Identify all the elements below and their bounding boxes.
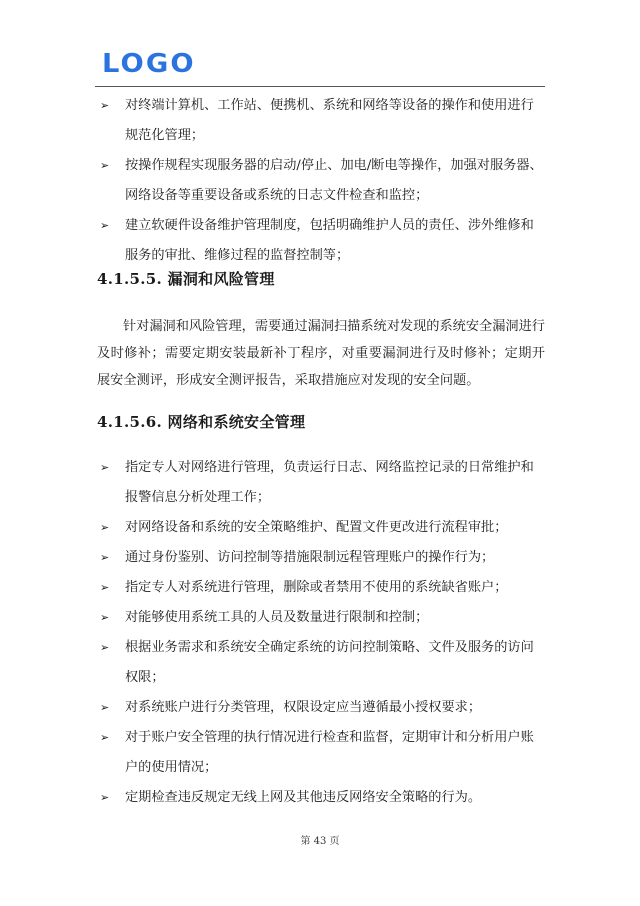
arrow-bullet-icon: ➢ bbox=[100, 633, 114, 663]
list-item: ➢对网络设备和系统的安全策略维护、配置文件更改进行流程审批； bbox=[100, 513, 550, 543]
list-item: ➢指定专人对系统进行管理，删除或者禁用不使用的系统缺省账户； bbox=[100, 573, 550, 603]
list-item: ➢对终端计算机、工作站、便携机、系统和网络等设备的操作和使用进行规范化管理； bbox=[100, 91, 550, 151]
list-item: ➢根据业务需求和系统安全确定系统的访问控制策略、文件及服务的访问权限； bbox=[100, 633, 550, 693]
list-item: ➢指定专人对网络进行管理，负责运行日志、网络监控记录的日常维护和报警信息分析处理… bbox=[100, 453, 550, 513]
logo: LOGO bbox=[102, 50, 196, 78]
arrow-bullet-icon: ➢ bbox=[100, 91, 114, 121]
header-divider bbox=[95, 86, 545, 87]
arrow-bullet-icon: ➢ bbox=[100, 513, 114, 543]
arrow-bullet-icon: ➢ bbox=[100, 603, 114, 633]
arrow-bullet-icon: ➢ bbox=[100, 543, 114, 573]
arrow-bullet-icon: ➢ bbox=[100, 693, 114, 723]
maintenance-list: ➢对终端计算机、工作站、便携机、系统和网络等设备的操作和使用进行规范化管理； ➢… bbox=[100, 91, 550, 271]
arrow-bullet-icon: ➢ bbox=[100, 783, 114, 813]
list-item: ➢对于账户安全管理的执行情况进行检查和监督，定期审计和分析用户账户的使用情况； bbox=[100, 723, 550, 783]
list-item: ➢通过身份鉴别、访问控制等措施限制远程管理账户的操作行为； bbox=[100, 543, 550, 573]
list-item: ➢按操作规程实现服务器的启动/停止、加电/断电等操作，加强对服务器、网络设备等重… bbox=[100, 151, 550, 211]
network-security-list: ➢指定专人对网络进行管理，负责运行日志、网络监控记录的日常维护和报警信息分析处理… bbox=[100, 453, 550, 813]
arrow-bullet-icon: ➢ bbox=[100, 723, 114, 753]
list-item: ➢对能够使用系统工具的人员及数量进行限制和控制； bbox=[100, 603, 550, 633]
section-heading-vulnerability: 4.1.5.5. 漏洞和风险管理 bbox=[97, 268, 275, 290]
list-item: ➢建立软硬件设备维护管理制度，包括明确维护人员的责任、涉外维修和服务的审批、维修… bbox=[100, 211, 550, 271]
section-heading-network-security: 4.1.5.6. 网络和系统安全管理 bbox=[97, 411, 305, 433]
page-number: 第 43 页 bbox=[0, 832, 640, 847]
list-item: ➢定期检查违反规定无线上网及其他违反网络安全策略的行为。 bbox=[100, 783, 550, 813]
arrow-bullet-icon: ➢ bbox=[100, 211, 114, 241]
arrow-bullet-icon: ➢ bbox=[100, 151, 114, 181]
arrow-bullet-icon: ➢ bbox=[100, 573, 114, 603]
arrow-bullet-icon: ➢ bbox=[100, 453, 114, 483]
section-paragraph: 针对漏洞和风险管理，需要通过漏洞扫描系统对发现的系统安全漏洞进行及时修补；需要定… bbox=[97, 313, 545, 394]
list-item: ➢对系统账户进行分类管理，权限设定应当遵循最小授权要求； bbox=[100, 693, 550, 723]
